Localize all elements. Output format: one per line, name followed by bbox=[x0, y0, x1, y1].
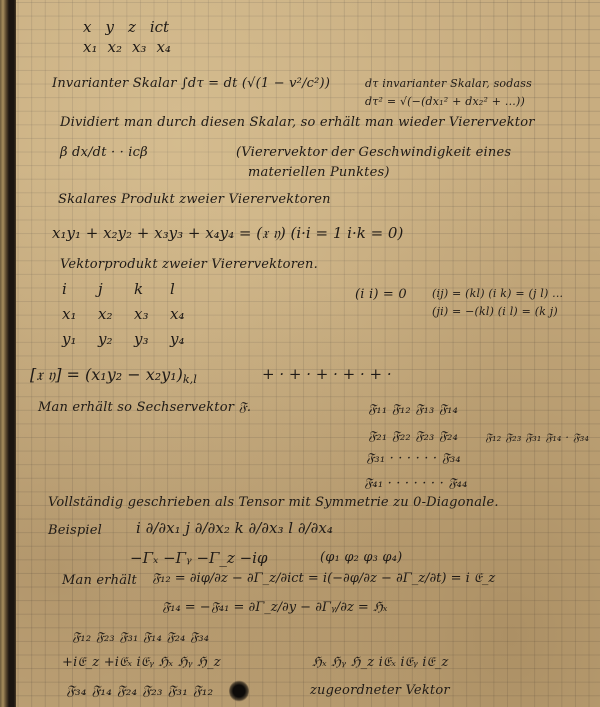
coord: x bbox=[83, 20, 91, 35]
result-equation-2: 𝔉₁₄ = −𝔉₄₁ = ∂Γ_z/∂y − ∂Γᵧ/∂z = ℌₓ bbox=[162, 601, 387, 614]
basis-header: k bbox=[134, 282, 170, 297]
basis-table: i j k l x₁ x₂ x₃ x₄ y₁ y₂ y₃ y₄ bbox=[62, 282, 206, 347]
velocity-expr: β dx/dt · · icβ bbox=[60, 146, 148, 159]
basis-y: y₄ bbox=[170, 332, 206, 347]
coord: ict bbox=[150, 20, 169, 35]
bracket-tail: + · + · + · + · + · bbox=[262, 367, 392, 382]
division-text: Dividiert man durch diesen Skalar, so er… bbox=[60, 116, 535, 129]
vector-product-heading: Vektorprodukt zweier Vierervektoren. bbox=[60, 258, 318, 271]
coord: y bbox=[105, 20, 113, 35]
tensor-row-2: 𝔉₂₁ 𝔉₂₂ 𝔉₂₃ 𝔉₂₄ bbox=[368, 430, 458, 443]
coord: x₂ bbox=[107, 40, 121, 55]
tensor-row-4: 𝔉₄₁ · · · · · · · 𝔉₄₄ bbox=[364, 477, 468, 490]
basis-y: y₁ bbox=[62, 332, 98, 347]
invariant-note-1: dτ invarianter Skalar, sodass bbox=[365, 78, 532, 89]
basis-x: x₂ bbox=[98, 307, 134, 322]
final-row-2: +i𝔈_z +i𝔈ₓ i𝔈ᵧ ℌₓ ℌᵧ ℌ_z bbox=[62, 656, 221, 669]
ink-blot bbox=[229, 680, 249, 702]
relation-2-line-1: (ij) = (kl) (i k) = (j l) ... bbox=[432, 288, 563, 299]
six-vector-text: Man erhält so Sechservektor 𝔉. bbox=[38, 401, 251, 414]
coordinates-row-1: x y z ict bbox=[83, 20, 169, 35]
example-label: Beispiel bbox=[48, 524, 102, 537]
basis-header: i bbox=[62, 282, 98, 297]
tensor-row-1: 𝔉₁₁ 𝔉₁₂ 𝔉₁₃ 𝔉₁₄ bbox=[368, 403, 458, 416]
basis-x: x₁ bbox=[62, 307, 98, 322]
basis-y: y₂ bbox=[98, 332, 134, 347]
scalar-product-heading: Skalares Produkt zweier Vierervektoren bbox=[58, 193, 331, 206]
example-phis: (φ₁ φ₂ φ₃ φ₄) bbox=[320, 551, 402, 564]
basis-x: x₃ bbox=[134, 307, 170, 322]
notebook-binding bbox=[0, 0, 16, 707]
scalar-product-equation: x₁y₁ + x₂y₂ + x₃y₃ + x₄y₄ = (𝔵 𝔶) (i·i =… bbox=[52, 226, 403, 241]
basis-x: x₄ bbox=[170, 307, 206, 322]
basis-header: j bbox=[98, 282, 134, 297]
coord: x₁ bbox=[83, 40, 97, 55]
bracket-subscript: k,l bbox=[183, 373, 197, 386]
example-operators: i ∂/∂x₁ j ∂/∂x₂ k ∂/∂x₃ l ∂/∂x₄ bbox=[136, 521, 333, 536]
result-label: Man erhält bbox=[62, 574, 137, 587]
basis-header: l bbox=[170, 282, 206, 297]
tensor-row-3: 𝔉₃₁ · · · · · · 𝔉₃₄ bbox=[366, 452, 461, 465]
example-potentials: −Γₓ −Γᵧ −Γ_z −iφ bbox=[130, 551, 267, 566]
result-equation-1: 𝔉₁₂ = ∂iφ/∂z − ∂Γ_z/∂ict = i(−∂φ/∂z − ∂Γ… bbox=[152, 572, 495, 585]
final-row-1: 𝔉₁₂ 𝔉₂₃ 𝔉₃₁ 𝔉₁₄ 𝔉₂₄ 𝔉₃₄ bbox=[72, 631, 209, 644]
invariant-scalar-line: Invarianter Skalar ∫dτ = dt (√(1 − v²/c²… bbox=[52, 77, 330, 90]
basis-y: y₃ bbox=[134, 332, 170, 347]
relation-2-line-2: (ji) = −(kl) (i l) = (k j) bbox=[432, 306, 558, 317]
coord: x₃ bbox=[132, 40, 146, 55]
complete-text: Vollständig geschrieben als Tensor mit S… bbox=[48, 496, 499, 509]
bracket-equation: [𝔵 𝔶] = (x₁y₂ − x₂y₁)k,l bbox=[30, 367, 197, 385]
velocity-note-1: (Vierervektor der Geschwindigkeit eines bbox=[236, 146, 511, 159]
final-row-3: 𝔉₃₄ 𝔉₁₄ 𝔉₂₄ 𝔉₂₃ 𝔉₃₁ 𝔉₁₂ bbox=[66, 684, 213, 698]
final-side-row: ℌₓ ℌᵧ ℌ_z i𝔈ₓ i𝔈ᵧ i𝔈_z bbox=[312, 656, 449, 669]
tensor-row-2-extra: 𝔉₁₂ 𝔉₂₃ 𝔉₃₁ 𝔉₁₄ · 𝔉₃₄ bbox=[485, 432, 589, 443]
bracket-eq: [𝔵 𝔶] = (x₁y₂ − x₂y₁) bbox=[30, 365, 183, 384]
invariant-note-2: dτ² = √(−(dx₁² + dx₂² + ...)) bbox=[365, 96, 525, 107]
relation-1: (i i) = 0 bbox=[355, 288, 407, 301]
coord: x₄ bbox=[156, 40, 170, 55]
coord: z bbox=[128, 20, 136, 35]
coordinates-row-2: x₁ x₂ x₃ x₄ bbox=[83, 40, 171, 55]
notebook-page: x y z ict x₁ x₂ x₃ x₄ Invarianter Skalar… bbox=[0, 0, 600, 707]
velocity-note-2: materiellen Punktes) bbox=[248, 166, 390, 179]
final-side-label: zugeordneter Vektor bbox=[310, 684, 450, 697]
